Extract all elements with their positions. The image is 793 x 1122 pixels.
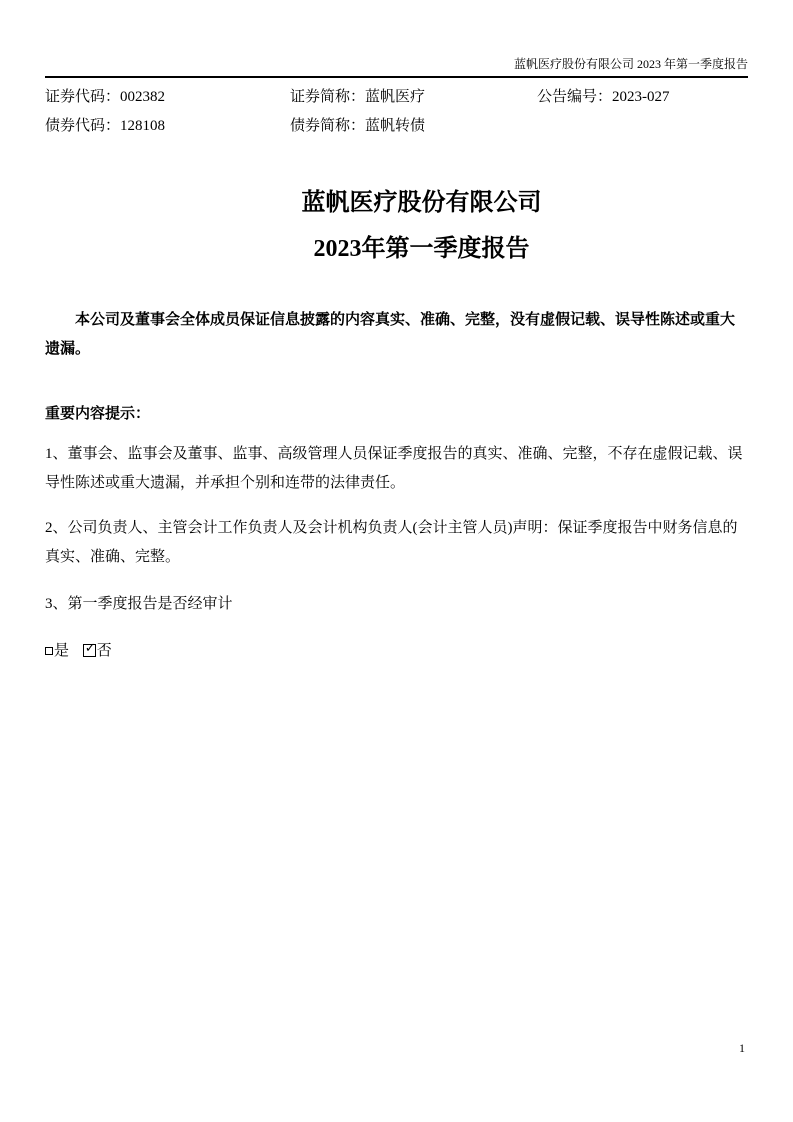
- notice-item-1: 1、董事会、监事会及董事、监事、高级管理人员保证季度报告的真实、准确、完整，不存…: [45, 440, 748, 498]
- page-number: 1: [739, 1041, 745, 1056]
- company-title: 蓝帆医疗股份有限公司: [25, 190, 793, 216]
- board-declaration: 本公司及董事会全体成员保证信息披露的内容真实、准确、完整，没有虚假记载、误导性陈…: [45, 306, 748, 364]
- checkbox-yes-label: 是: [54, 643, 69, 659]
- checkbox-no-label: 否: [97, 643, 112, 659]
- checkbox-no-checked-icon: ✓: [83, 644, 96, 657]
- securities-info-row-1: 证券代码：002382 证券简称：蓝帆医疗 公告编号：2023-027: [45, 85, 748, 114]
- security-code: 证券代码：002382: [45, 85, 290, 106]
- securities-info: 证券代码：002382 证券简称：蓝帆医疗 公告编号：2023-027 债券代码…: [45, 85, 748, 143]
- notice-item-3: 3、第一季度报告是否经审计: [45, 590, 748, 619]
- check-mark-icon: ✓: [85, 642, 96, 655]
- important-notice-heading: 重要内容提示：: [45, 404, 748, 424]
- audit-answer-line: 是 ✓否: [45, 641, 748, 661]
- checkbox-yes-unchecked-icon: [45, 647, 53, 655]
- running-header: 蓝帆医疗股份有限公司 2023 年第一季度报告: [45, 0, 748, 78]
- report-page: 蓝帆医疗股份有限公司 2023 年第一季度报告 证券代码：002382 证券简称…: [0, 0, 793, 1122]
- report-period-title: 2023年第一季度报告: [25, 236, 793, 262]
- bond-name: 债券简称：蓝帆转债: [290, 114, 537, 135]
- announcement-number: 公告编号：2023-027: [537, 85, 748, 106]
- security-name: 证券简称：蓝帆医疗: [290, 85, 537, 106]
- bond-code: 债券代码：128108: [45, 114, 290, 135]
- securities-info-row-2: 债券代码：128108 债券简称：蓝帆转债: [45, 114, 748, 143]
- notice-item-2: 2、公司负责人、主管会计工作负责人及会计机构负责人(会计主管人员)声明：保证季度…: [45, 514, 748, 572]
